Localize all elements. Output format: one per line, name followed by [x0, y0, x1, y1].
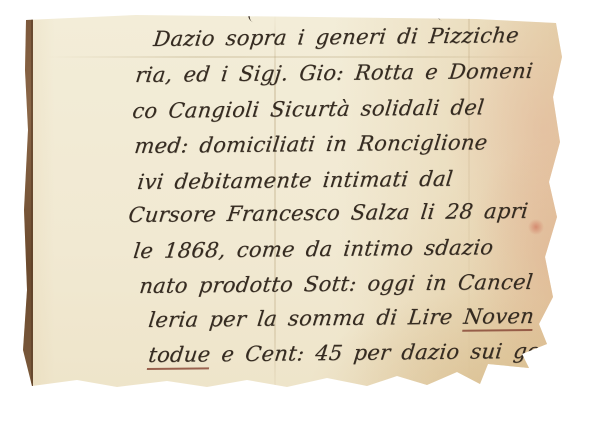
manuscript-line-1: Dazio sopra i generi di Pizziche	[152, 23, 520, 52]
manuscript-line-4: med: domiciliati in Ronciglione	[133, 130, 489, 159]
manuscript-line-8: nato prodotto Sott: oggi in Cancel	[138, 270, 534, 299]
manuscript-line-5: ivi debitamente intimati dal	[136, 167, 454, 195]
manuscript-line-6: Cursore Francesco Salza li 28 apri	[127, 199, 530, 228]
line-10-text: e Cent: 45 per dazio sui generi.	[209, 338, 592, 366]
document-scan: Dazio sopra i generi di Pizziche ria, ed…	[0, 0, 600, 437]
manuscript-line-3: co Cangioli Sicurtà solidali del	[131, 95, 486, 124]
manuscript-line-9: leria per la somma di Lire Noven	[147, 304, 535, 333]
line-9-text: leria per la somma di Lire	[147, 305, 465, 332]
manuscript-line-2: ria, ed i Sigj. Gio: Rotta e Domeni	[134, 59, 534, 88]
manuscript-page: Dazio sopra i generi di Pizziche ria, ed…	[16, 12, 566, 404]
manuscript-line-10: todue e Cent: 45 per dazio sui generi.	[147, 338, 592, 368]
underlined-amount-word-2: todue	[147, 342, 212, 370]
manuscript-line-7: le 1868, come da intimo sdazio	[132, 235, 495, 264]
handwritten-text-block: Dazio sopra i generi di Pizziche ria, ed…	[16, 12, 566, 404]
underlined-amount-word: Noven	[462, 304, 535, 332]
